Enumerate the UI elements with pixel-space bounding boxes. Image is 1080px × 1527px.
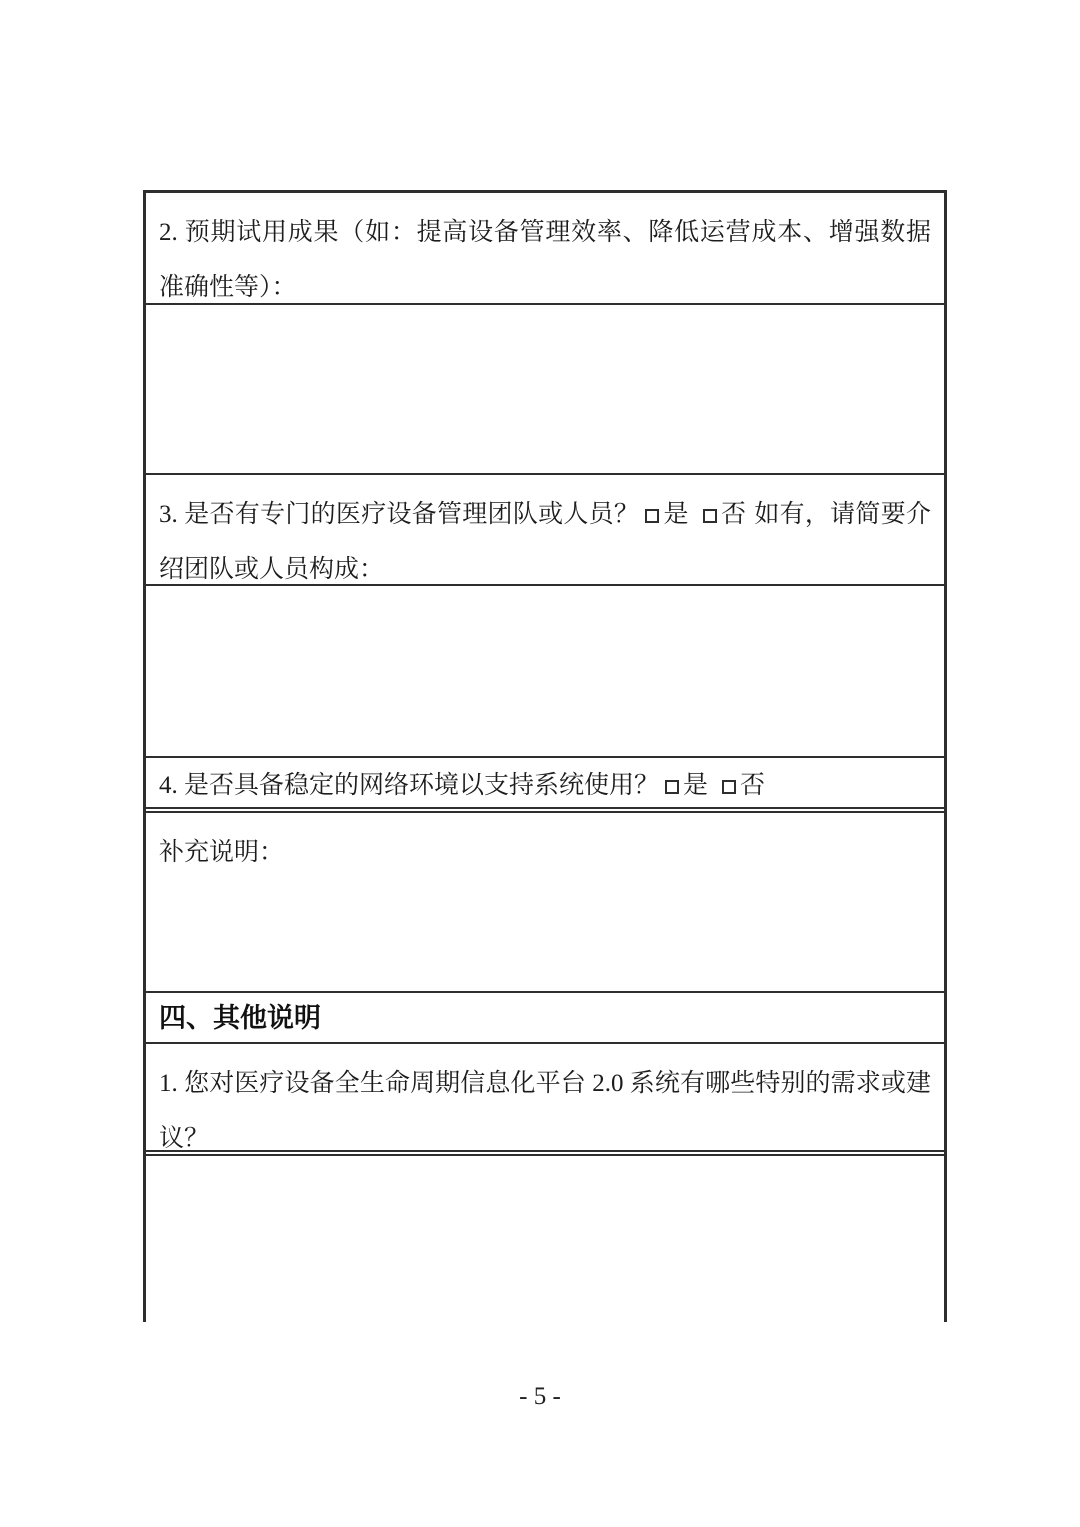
checkbox-label-q3-no: 否 xyxy=(721,501,747,528)
checkbox-icon[interactable] xyxy=(722,780,736,794)
question-q3-row: 3. 是否有专门的医疗设备管理团队或人员？是否如有，请简要介绍团队或人员构成： xyxy=(146,475,944,586)
question-q3-prefix: 3. 是否有专门的医疗设备管理团队或人员？ xyxy=(159,501,639,528)
supplement-label: 补充说明： xyxy=(159,839,284,866)
section4-q1-answer-area[interactable] xyxy=(146,1156,944,1325)
checkbox-option-q4-yes[interactable]: 是 xyxy=(665,772,708,799)
question-q4-prefix: 4. 是否具备稳定的网络环境以支持系统使用？ xyxy=(159,772,659,799)
page-footer: - 5 - xyxy=(0,1382,1080,1412)
checkbox-option-q3-no[interactable]: 否 xyxy=(703,501,747,528)
checkbox-label-q4-no: 否 xyxy=(740,772,765,799)
question-q2-label: 2. 预期试用成果（如：提高设备管理效率、降低运营成本、增强数据准确性等）： xyxy=(159,219,931,301)
checkbox-label-q4-yes: 是 xyxy=(683,772,708,799)
question-q3-answer-area[interactable] xyxy=(146,586,944,758)
section4-header-row: 四、其他说明 xyxy=(146,993,944,1044)
document-page: 2. 预期试用成果（如：提高设备管理效率、降低运营成本、增强数据准确性等）： 3… xyxy=(0,0,1080,1527)
page-number: - 5 - xyxy=(519,1383,561,1410)
section4-q1-label: 1. 您对医疗设备全生命周期信息化平台 2.0 系统有哪些特别的需求或建议？ xyxy=(159,1070,931,1152)
survey-form-table: 2. 预期试用成果（如：提高设备管理效率、降低运营成本、增强数据准确性等）： 3… xyxy=(143,190,947,1322)
question-q4-row: 4. 是否具备稳定的网络环境以支持系统使用？是否 xyxy=(146,758,944,813)
checkbox-option-q4-no[interactable]: 否 xyxy=(722,772,765,799)
question-q2-answer-area[interactable] xyxy=(146,305,944,475)
checkbox-icon[interactable] xyxy=(665,780,679,794)
checkbox-label-q3-yes: 是 xyxy=(663,501,689,528)
supplement-row[interactable]: 补充说明： xyxy=(146,813,944,993)
section4-title: 四、其他说明 xyxy=(159,1003,321,1033)
section4-q1-row: 1. 您对医疗设备全生命周期信息化平台 2.0 系统有哪些特别的需求或建议？ xyxy=(146,1044,944,1156)
checkbox-option-q3-yes[interactable]: 是 xyxy=(645,501,689,528)
question-q2-row: 2. 预期试用成果（如：提高设备管理效率、降低运营成本、增强数据准确性等）： xyxy=(146,193,944,305)
checkbox-icon[interactable] xyxy=(645,509,659,523)
checkbox-icon[interactable] xyxy=(703,509,717,523)
